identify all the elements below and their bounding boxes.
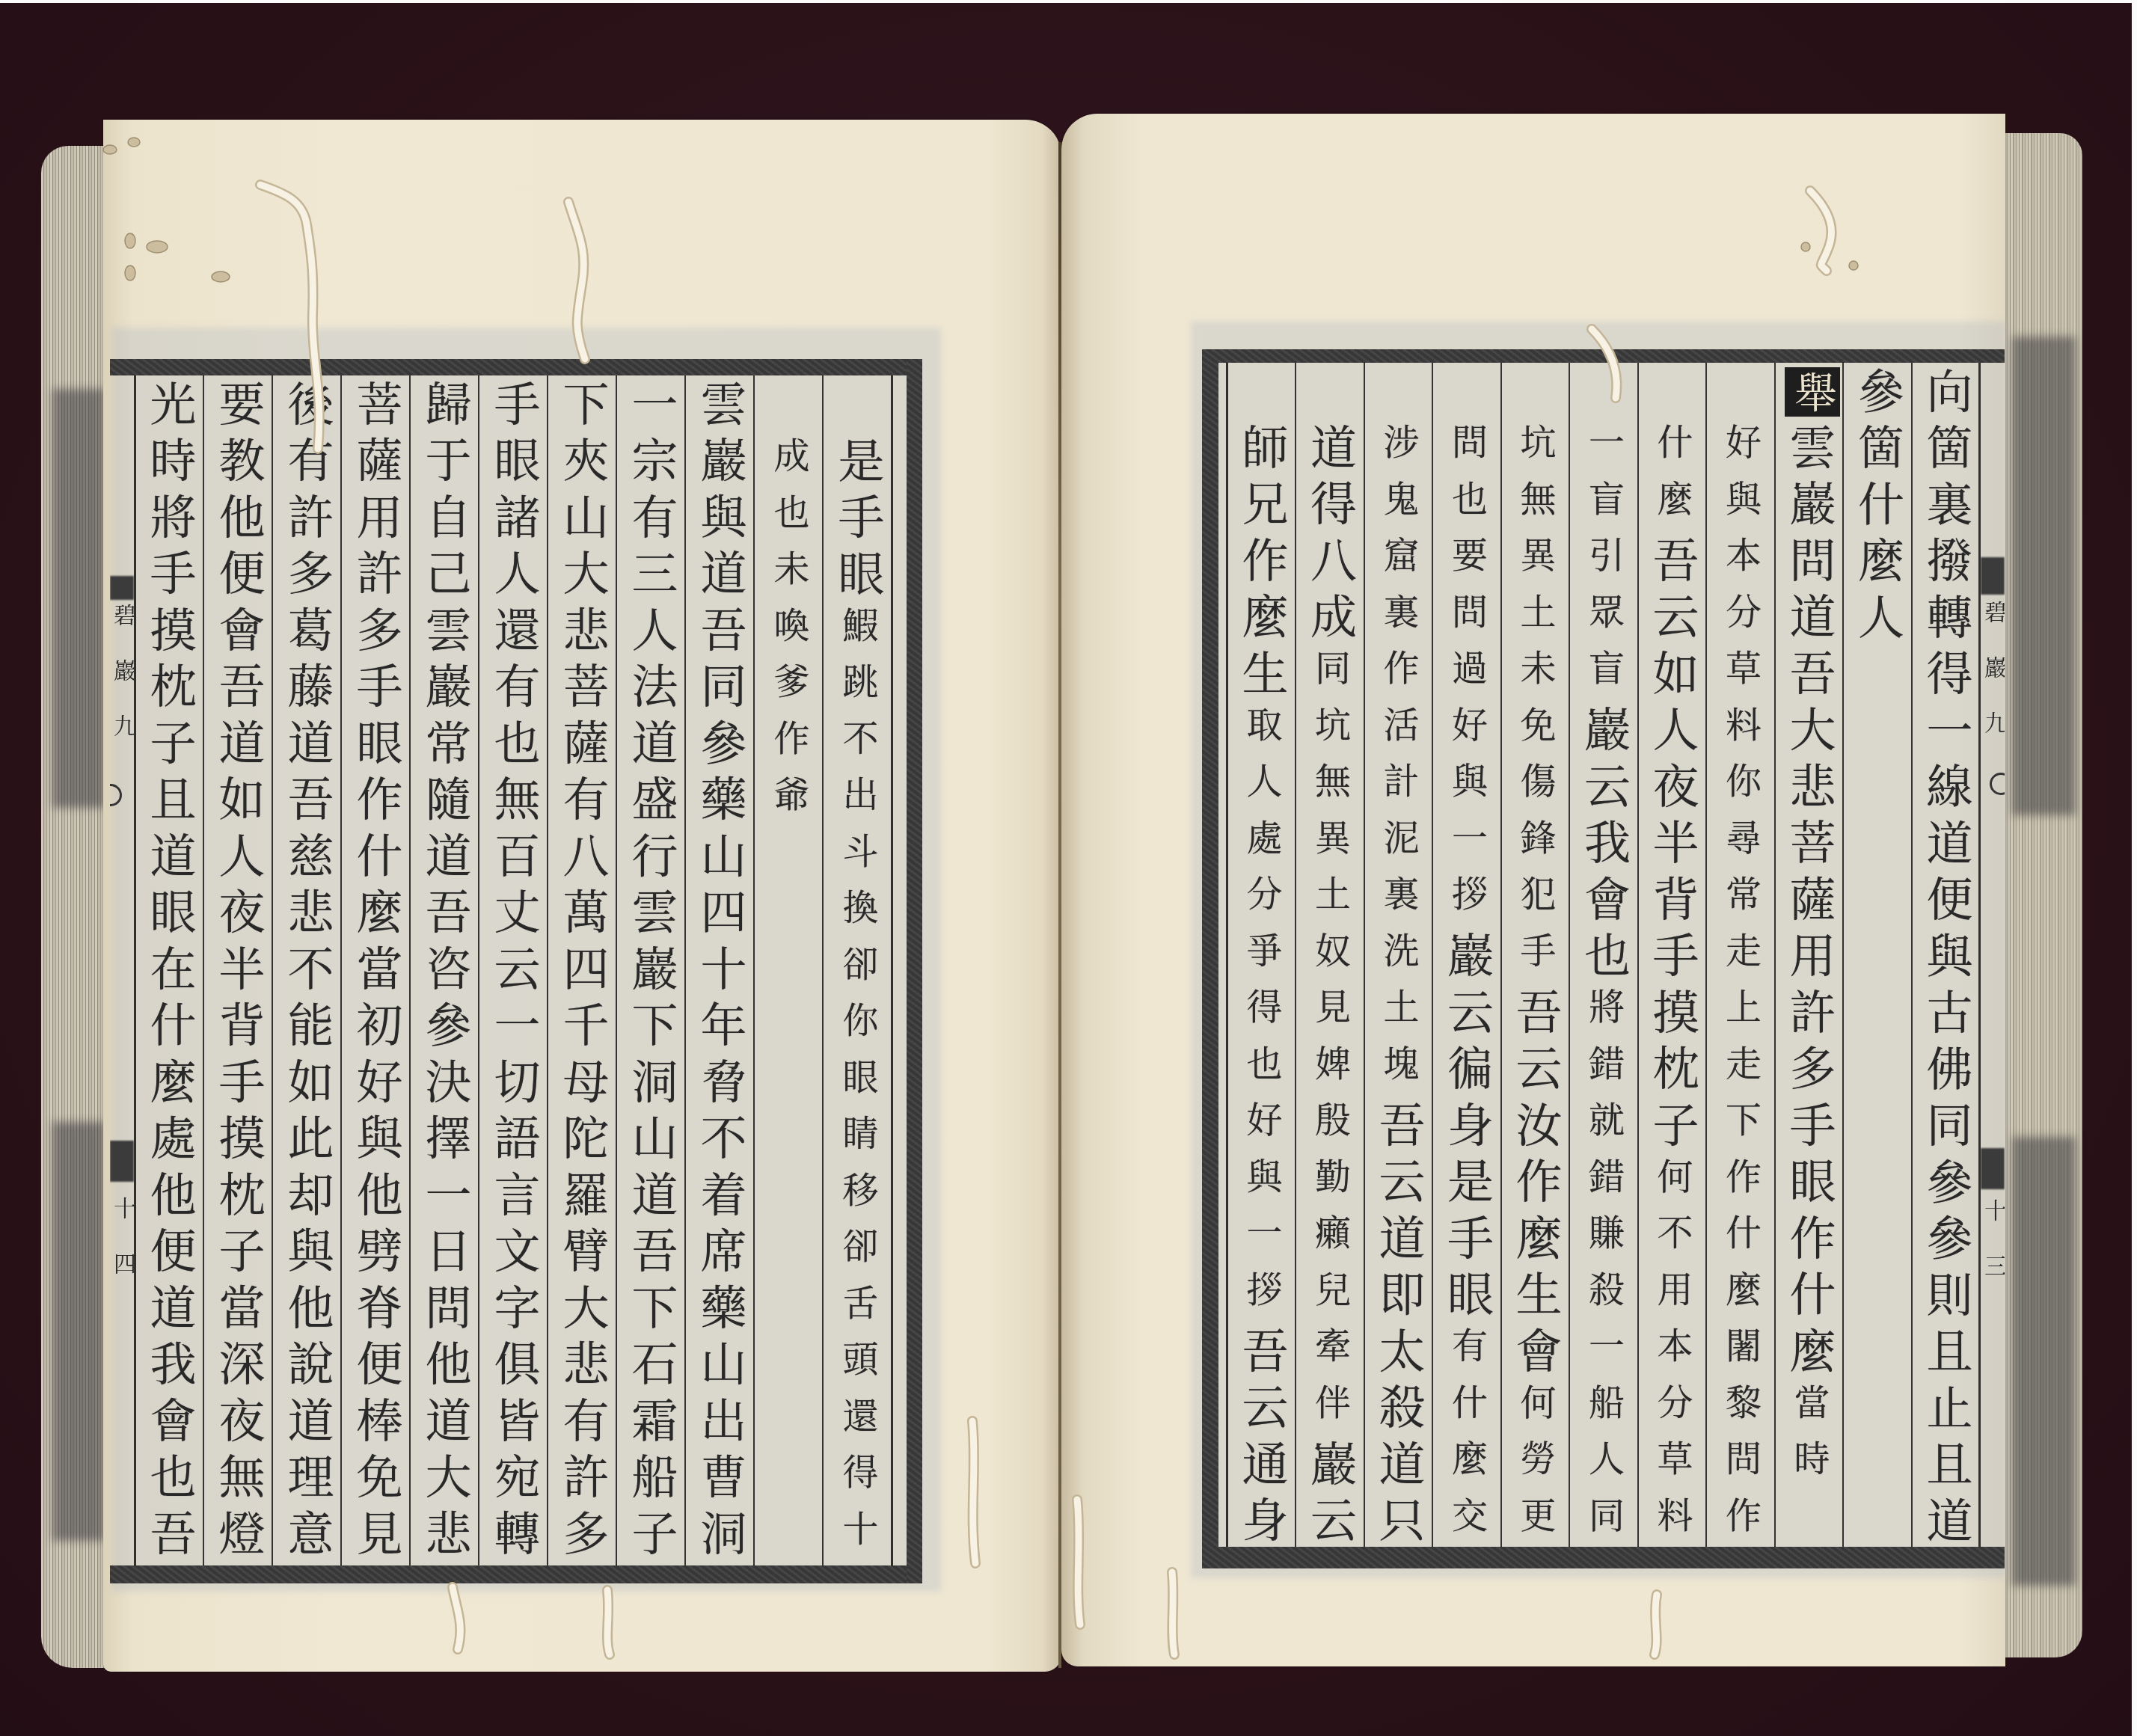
main-text: 吾云汝作麼生會 <box>1508 988 1563 1384</box>
annotation-text: 同坑無異土奴見婢殷勤癩兒牽伴 <box>1309 649 1351 1440</box>
leaf-number: 十四 <box>110 1197 134 1307</box>
text-column: 坑無異土未免傷鋒犯手吾云汝作麼生會何勞更 <box>1501 419 1570 1553</box>
annotation-text: 將錯就錯賺殺一船人同 <box>1583 988 1625 1553</box>
main-text: 巖云 <box>1303 1440 1358 1553</box>
text-column: 菩薩用許多手眼作什麼當初好與他劈脊便棒免見 <box>341 375 410 1566</box>
main-text: 光時將手摸枕子且道眼在什麼處他便道我會也吾 <box>142 380 197 1566</box>
main-text: 下夾山大悲菩薩有八萬四千母陀羅臂大悲有許多 <box>555 380 610 1566</box>
ink-bleed-stain <box>52 389 105 808</box>
text-column: 要教他便會吾道如人夜半背手摸枕子當深夜無燈 <box>203 375 272 1566</box>
fishtail-mark <box>1981 557 2005 595</box>
annotation-text: 何勞更 <box>1514 1384 1556 1553</box>
right-fold-margin: 碧巖九 十三 <box>1981 363 2005 1547</box>
main-text: 師兄作麼生 <box>1234 423 1289 706</box>
annotation-text: 坑無異土未免傷鋒犯手 <box>1514 423 1556 988</box>
text-column: 是手眼鰕跳不出斗換卻你眼睛移卻舌頭還得十 <box>823 432 892 1566</box>
annotation-text: 何不用本分草料 <box>1651 1158 1693 1553</box>
volume-label: 碧巖九 <box>110 604 134 770</box>
circle-mark-icon <box>110 784 122 806</box>
main-text: 吾云如人夜半背手摸枕子 <box>1645 536 1699 1158</box>
frame-outer-border <box>1202 349 1218 1568</box>
main-text: 一宗有三人法道盛行雲巖下洞山道吾下石霜船子 <box>624 380 678 1566</box>
main-text: 道得八成 <box>1303 423 1358 649</box>
fishtail-mark <box>1981 1148 2005 1189</box>
main-text: 巖云徧身是手眼 <box>1440 932 1494 1328</box>
volume-label: 碧巖九 <box>1981 601 2005 767</box>
frame-top-border <box>110 359 922 375</box>
main-text: 吾云道即太殺道只 <box>1371 1101 1426 1553</box>
main-text: 菩薩用許多手眼作什麼當初好與他劈脊便棒免見 <box>349 380 403 1566</box>
annotation-text: 什麼 <box>1651 423 1693 536</box>
main-text: 巖云我會也 <box>1577 706 1631 989</box>
annotation-text: 當時 <box>1788 1384 1830 1497</box>
fishtail-mark <box>110 576 134 600</box>
annotation-text: 取人處分爭得也好與一拶 <box>1240 706 1282 1328</box>
scan-border-right <box>2132 0 2137 1736</box>
text-column: 下夾山大悲菩薩有八萬四千母陀羅臂大悲有許多 <box>548 375 616 1566</box>
annotation-text: 有什麼交 <box>1446 1327 1488 1553</box>
ink-bleed-stain <box>2012 337 2076 815</box>
text-column: 好與本分草料你尋常走上走下作什麼闍黎問作 <box>1706 419 1775 1553</box>
frame-outer-border <box>907 359 922 1583</box>
main-text: 雲巖與道吾同參藥山四十年脅不着席藥山出曹洞 <box>693 380 747 1566</box>
text-column: 師兄作麼生取人處分爭得也好與一拶吾云通身 <box>1227 419 1296 1553</box>
annotation-text: 好與本分草料你尋常走上走下作什麼闍黎問作 <box>1720 423 1762 1553</box>
frame-bottom-border <box>110 1565 922 1583</box>
annotation-text: 涉鬼窟裏作活計泥裏洗土塊 <box>1377 423 1419 1101</box>
text-column: 道得八成同坑無異土奴見婢殷勤癩兒牽伴巖云 <box>1296 419 1364 1553</box>
case-marker-box: 舉 <box>1785 367 1840 417</box>
annotation-text: 鰕跳不出斗換卻你眼睛移卻舌頭還得十 <box>836 606 878 1566</box>
text-column: 後有許多葛藤道吾慈悲不能如此却與他說道理意 <box>272 375 341 1566</box>
text-column: 什麼吾云如人夜半背手摸枕子何不用本分草料 <box>1638 419 1707 1553</box>
text-column: 歸于自己雲巖常隨道吾咨參決擇一日問他道大悲 <box>410 375 479 1566</box>
ink-bleed-stain <box>2012 1137 2076 1586</box>
main-text: 是手眼 <box>830 437 885 607</box>
main-text: 參箇什麼人 <box>1851 367 1905 650</box>
text-column: 涉鬼窟裏作活計泥裏洗土塊吾云道即太殺道只 <box>1364 419 1433 1553</box>
main-text: 向箇裏撥轉得一線道便與古佛同參參則且止且道 <box>1919 367 1973 1553</box>
book-gutter <box>1058 142 1061 1668</box>
text-column: 光時將手摸枕子且道眼在什麼處他便道我會也吾 <box>135 375 203 1566</box>
text-column: 一宗有三人法道盛行雲巖下洞山道吾下石霜船子 <box>616 375 685 1566</box>
main-text: 手眼諸人還有也無百丈云一切語言文字俱皆宛轉 <box>486 380 541 1566</box>
frame-top-border <box>1202 349 2005 363</box>
ink-bleed-stain <box>52 1122 105 1541</box>
fishtail-mark <box>110 1141 134 1182</box>
main-text: 吾云通身 <box>1234 1327 1289 1553</box>
main-text: 要教他便會吾道如人夜半背手摸枕子當深夜無燈 <box>211 380 266 1566</box>
main-text: 歸于自己雲巖常隨道吾咨參決擇一日問他道大悲 <box>417 380 472 1566</box>
leaf-number: 十三 <box>1981 1199 2005 1310</box>
left-fold-margin: 碧巖九 十四 <box>110 375 134 1565</box>
annotation-text: 一盲引眾盲 <box>1583 423 1625 706</box>
open-book-photo: 是手眼鰕跳不出斗換卻你眼睛移卻舌頭還得十成也未喚爹作爺雲巖與道吾同參藥山四十年脅… <box>0 0 2137 1736</box>
scan-border-top <box>0 0 2137 3</box>
text-column: 向箇裏撥轉得一線道便與古佛同參參則且止且道 <box>1912 363 1981 1553</box>
main-text: 雲巖問道吾大悲菩薩用許多手眼作什麼 <box>1782 423 1836 1384</box>
text-column: 一盲引眾盲巖云我會也將錯就錯賺殺一船人同 <box>1569 419 1638 1553</box>
text-column: 參箇什麼人 <box>1843 363 1912 650</box>
circle-mark-icon <box>1990 773 2005 795</box>
main-text: 後有許多葛藤道吾慈悲不能如此却與他說道理意 <box>280 380 334 1566</box>
text-column: 成也未喚爹作爺 <box>754 432 823 832</box>
annotation-text: 問也要問過好與一拶 <box>1446 423 1488 932</box>
annotation-text: 成也未喚爹作爺 <box>767 437 809 832</box>
text-column: 雲巖與道吾同參藥山四十年脅不着席藥山出曹洞 <box>685 375 754 1566</box>
text-column: 問也要問過好與一拶巖云徧身是手眼有什麼交 <box>1432 419 1501 1553</box>
text-column: 舉雲巖問道吾大悲菩薩用許多手眼作什麼當時 <box>1775 363 1844 1497</box>
text-column: 手眼諸人還有也無百丈云一切語言文字俱皆宛轉 <box>479 375 548 1566</box>
